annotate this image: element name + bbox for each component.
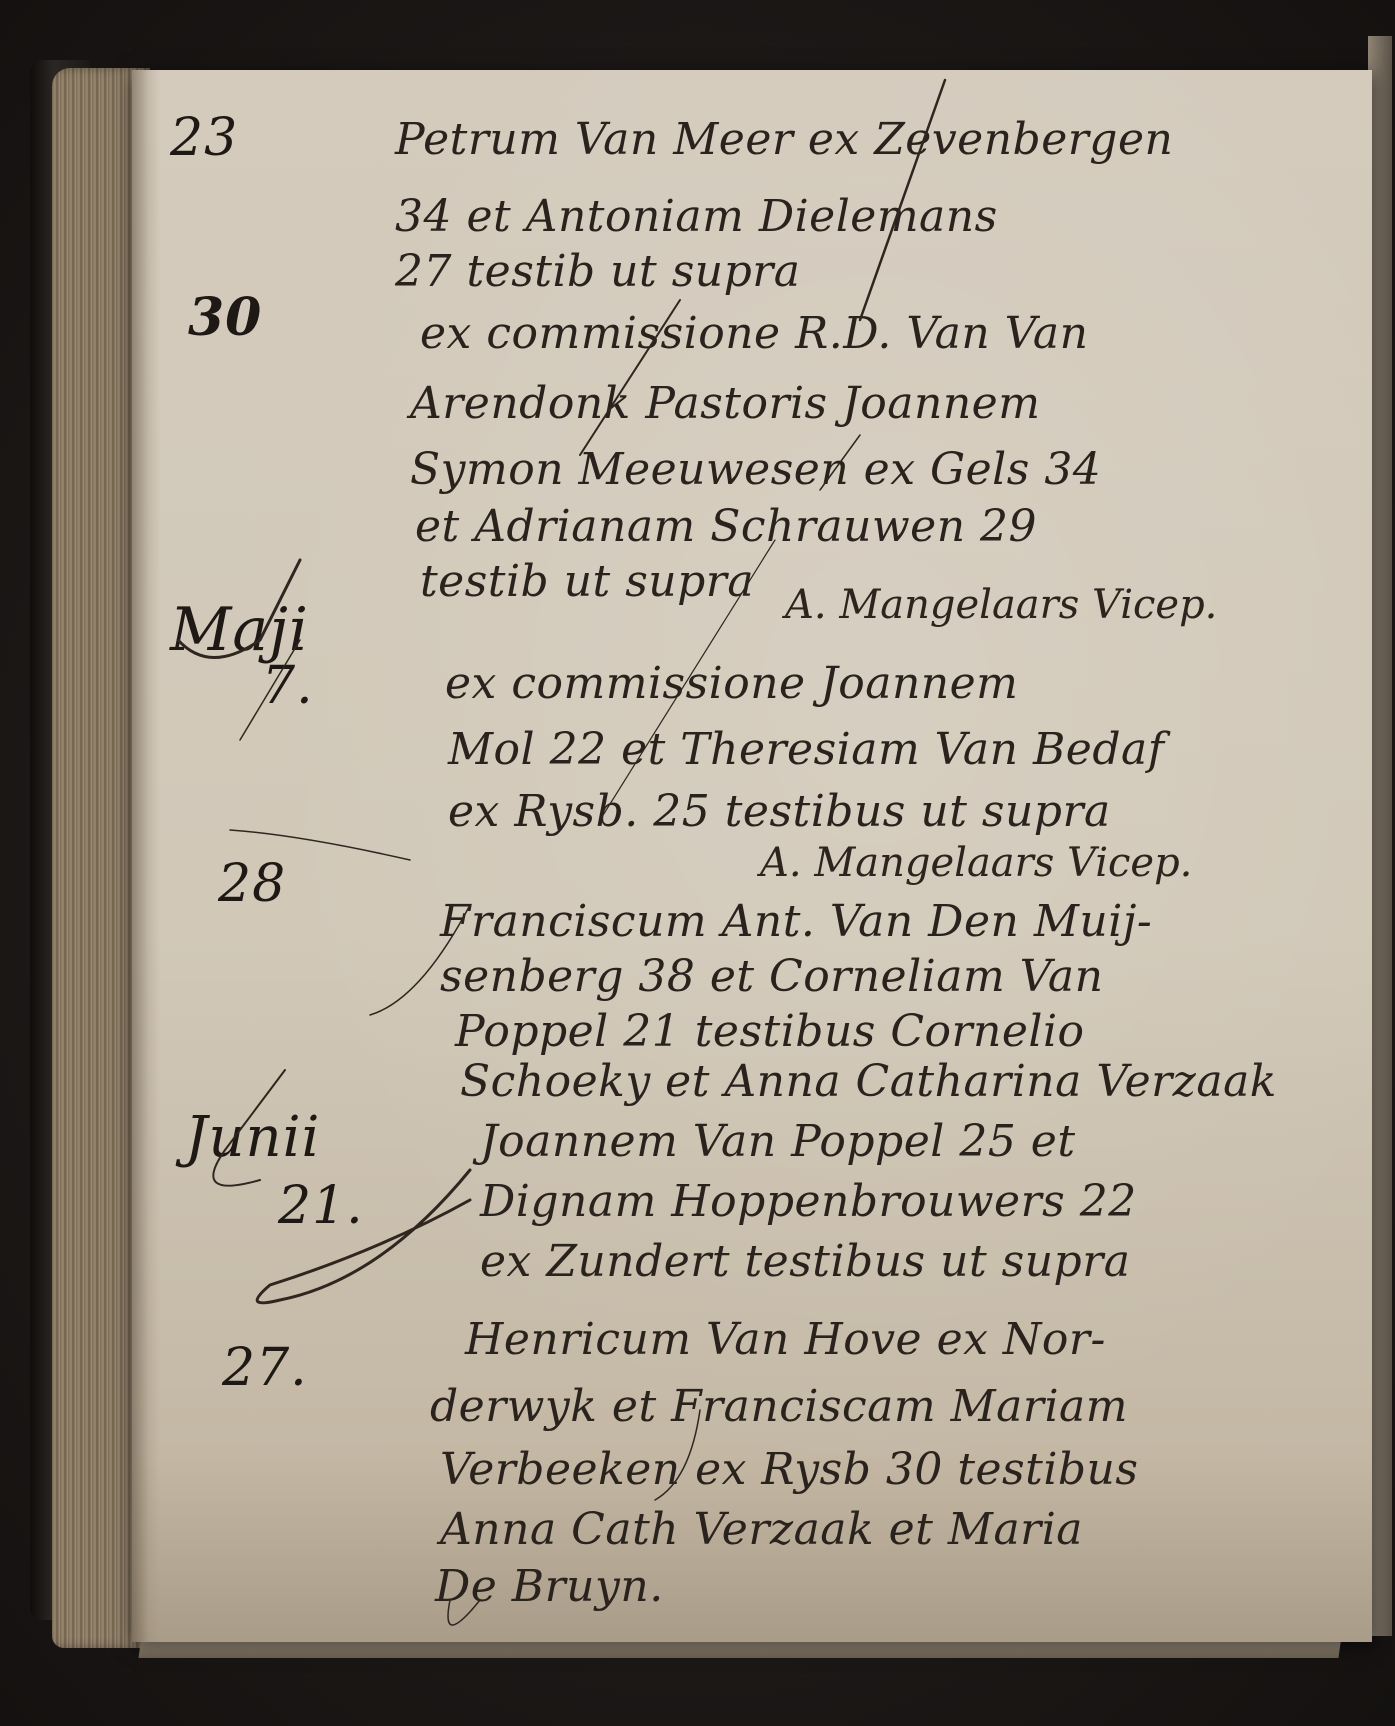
entry-6-line-1: Henricum Van Hove ex Nor-: [465, 1318, 1106, 1362]
entry-2-signature: A. Mangelaars Vicep.: [785, 582, 1217, 628]
entry-1-line-2: 34 et Antoniam Dielemans: [395, 195, 998, 239]
date-7: 7.: [262, 660, 314, 712]
entry-1-line-1: Petrum Van Meer ex Zevenbergen: [395, 118, 1173, 162]
page-gutter-shadow: [132, 70, 160, 1642]
date-21: 21.: [278, 1180, 364, 1232]
date-junii: Junii: [185, 1110, 320, 1166]
entry-6-line-2: derwyk et Franciscam Mariam: [430, 1385, 1128, 1429]
entry-2-line-1: ex commissione R.D. Van Van: [420, 312, 1088, 356]
entry-5-line-3: ex Zundert testibus ut supra: [480, 1240, 1130, 1284]
entry-6-line-5: De Bruyn.: [435, 1565, 664, 1609]
date-27: 27.: [222, 1342, 308, 1394]
entry-1-line-3: 27 testib ut supra: [395, 250, 801, 294]
entry-3-line-3: ex Rysb. 25 testibus ut supra: [448, 790, 1111, 834]
date-30: 30: [188, 292, 262, 344]
entry-6-line-3: Verbeeken ex Rysb 30 testibus: [440, 1448, 1138, 1492]
entry-4-line-1: Franciscum Ant. Van Den Muij-: [440, 900, 1152, 944]
entry-5-line-1: Joannem Van Poppel 25 et: [480, 1120, 1076, 1164]
entry-4-line-2: senberg 38 et Corneliam Van: [440, 955, 1104, 999]
entry-2-line-4: et Adrianam Schrauwen 29: [415, 505, 1037, 549]
entry-4-line-4: Schoeky et Anna Catharina Verzaak: [460, 1060, 1277, 1104]
entry-3-signature: A. Mangelaars Vicep.: [760, 840, 1192, 886]
entry-4-line-3: Poppel 21 testibus Cornelio: [455, 1010, 1085, 1054]
entry-5-line-2: Dignam Hoppenbrouwers 22: [480, 1180, 1137, 1224]
entry-3-line-1: ex commissione Joannem: [445, 662, 1018, 706]
entry-3-line-2: Mol 22 et Theresiam Van Bedaf: [448, 728, 1165, 772]
entry-2-line-3: Symon Meeuwesen ex Gels 34: [410, 448, 1101, 492]
date-28: 28: [218, 858, 286, 910]
entry-2-line-5: testib ut supra: [420, 560, 754, 604]
date-23: 23: [170, 112, 238, 164]
date-maji: Maji: [170, 600, 309, 660]
entry-6-line-4: Anna Cath Verzaak et Maria: [440, 1508, 1083, 1552]
entry-2-line-2: Arendonk Pastoris Joannem: [410, 382, 1040, 426]
